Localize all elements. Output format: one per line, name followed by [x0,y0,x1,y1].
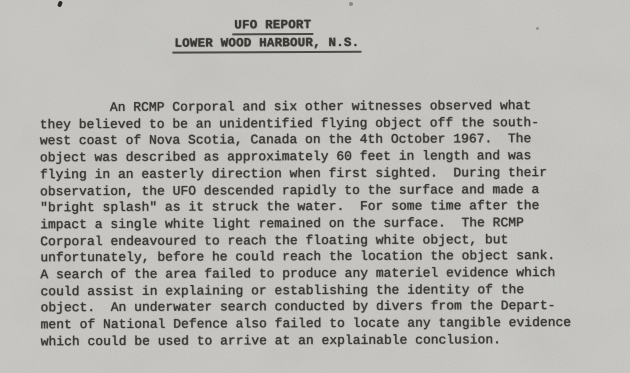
scanned-document-page: UFO REPORT LOWER WOOD HARBOUR, N.S. An R… [0,0,630,373]
report-body-paragraph: An RCMP Corporal and six other witnesses… [40,98,611,351]
report-subtitle-row: LOWER WOOD HARBOUR, N.S. [164,35,369,54]
report-title-row: UFO REPORT [176,17,369,36]
report-title: UFO REPORT [232,17,313,35]
report-location-subtitle: LOWER WOOD HARBOUR, N.S. [172,35,361,54]
document-title-block: UFO REPORT LOWER WOOD HARBOUR, N.S. [164,17,369,54]
typewritten-content: UFO REPORT LOWER WOOD HARBOUR, N.S. An R… [0,0,630,373]
